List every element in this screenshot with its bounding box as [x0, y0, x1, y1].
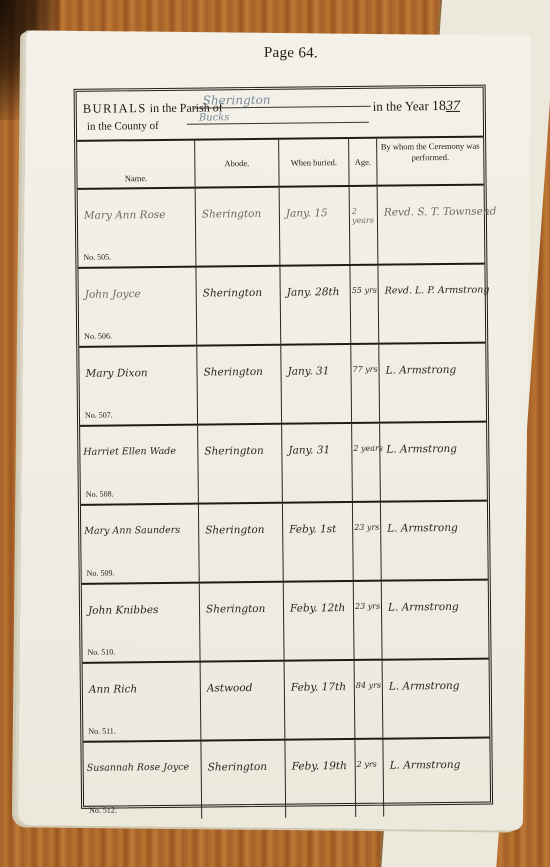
- entry-officiant: Revd. L. P. Armstrong: [385, 285, 490, 297]
- buried-cell: Feby. 12th: [284, 582, 355, 660]
- age-cell: 23 yrs: [354, 582, 383, 659]
- name-cell: John KnibbesNo. 510.: [82, 584, 201, 662]
- year-field: in the Year 1837: [373, 98, 460, 116]
- entry-buried: Feby. 12th: [290, 602, 345, 615]
- entry-abode: Astwood: [207, 682, 253, 694]
- officiant-cell: L. Armstrong: [383, 660, 490, 738]
- entry-buried: Feby. 19th: [292, 760, 347, 773]
- entry-buried: Jany. 31: [287, 365, 329, 377]
- entry-number: No. 511.: [88, 726, 116, 735]
- buried-cell: Jany. 31: [281, 345, 352, 423]
- table-row: Mary Ann RoseNo. 505. Sherington Jany. 1…: [78, 186, 485, 269]
- buried-cell: Feby. 1st: [283, 503, 354, 581]
- abode-cell: Sherington: [198, 425, 283, 503]
- buried-cell: Jany. 31: [282, 424, 353, 502]
- age-cell: 77 yrs: [351, 345, 380, 422]
- table-row: Ann RichNo. 511. Astwood Feby. 17th 84 y…: [83, 660, 490, 743]
- name-cell: Mary DixonNo. 507.: [79, 347, 198, 425]
- entry-buried: Feby. 1st: [289, 523, 336, 535]
- parish-value: Sherington: [193, 92, 371, 109]
- entry-officiant: L. Armstrong: [387, 522, 458, 535]
- age-cell: 23 yrs: [353, 503, 382, 580]
- column-age: Age.: [349, 139, 377, 185]
- name-cell: Harriet Ellen WadeNo. 508.: [80, 426, 199, 504]
- abode-cell: Sherington: [201, 741, 286, 819]
- name-cell: Mary Ann RoseNo. 505.: [78, 189, 197, 267]
- entry-name: Harriet Ellen Wade: [83, 446, 176, 458]
- entry-number: No. 507.: [85, 410, 113, 419]
- column-headers: Name. Abode. When buried. Age. By whom t…: [77, 138, 483, 190]
- name-cell: Ann RichNo. 511.: [83, 663, 202, 741]
- entry-officiant: Revd. S. T. Townsend: [384, 205, 497, 218]
- officiant-cell: L. Armstrong: [379, 344, 486, 422]
- entry-age: 23 yrs: [355, 602, 380, 611]
- county-value: Bucks: [187, 111, 369, 125]
- year-label: in the Year: [373, 98, 429, 114]
- table-row: Harriet Ellen WadeNo. 508. Sherington Ja…: [80, 423, 487, 506]
- entry-abode: Sherington: [202, 208, 261, 221]
- entry-name: Mary Ann Rose: [84, 209, 166, 222]
- entry-number: No. 510.: [87, 647, 115, 656]
- year-written: 37: [446, 99, 460, 114]
- column-officiant: By whom the Ceremony was performed.: [377, 138, 483, 185]
- entry-abode: Sherington: [206, 603, 265, 616]
- entry-age: 77 yrs: [352, 365, 377, 374]
- buried-cell: Feby. 19th: [285, 740, 356, 818]
- entry-name: John Joyce: [85, 288, 141, 301]
- age-cell: 55 yrs: [350, 266, 379, 343]
- entry-number: No. 508.: [86, 489, 114, 498]
- entry-name: Mary Ann Saunders: [84, 525, 180, 537]
- age-cell: 2 years: [352, 424, 381, 501]
- page-number: Page 64.: [264, 45, 318, 63]
- abode-cell: Astwood: [201, 662, 286, 740]
- entry-name: Susannah Rose Joyce: [87, 762, 190, 774]
- entry-number: No. 512.: [89, 805, 117, 814]
- table-row: Mary Ann SaundersNo. 509. Sherington Feb…: [81, 502, 488, 585]
- entry-buried: Feby. 17th: [291, 681, 346, 694]
- officiant-cell: L. Armstrong: [381, 502, 488, 580]
- burials-label: BURIALS: [83, 101, 147, 116]
- entry-name: Mary Dixon: [85, 367, 147, 380]
- entry-officiant: L. Armstrong: [389, 680, 460, 693]
- age-cell: 2 yrs: [355, 740, 384, 817]
- entry-abode: Sherington: [203, 366, 262, 379]
- name-cell: Mary Ann SaundersNo. 509.: [81, 505, 200, 583]
- entry-buried: Jany. 31: [288, 444, 330, 456]
- entry-officiant: L. Armstrong: [385, 364, 456, 377]
- entry-abode: Sherington: [208, 761, 267, 774]
- abode-cell: Sherington: [196, 188, 281, 266]
- column-when-buried: When buried.: [279, 139, 349, 186]
- officiant-cell: L. Armstrong: [383, 739, 490, 817]
- entry-age: 55 yrs: [352, 286, 377, 295]
- abode-cell: Sherington: [196, 267, 281, 345]
- entry-buried: Jany. 28th: [287, 286, 340, 299]
- table-row: John JoyceNo. 506. Sherington Jany. 28th…: [78, 265, 485, 348]
- county-label: in the County of: [87, 120, 159, 133]
- officiant-cell: Revd. L. P. Armstrong: [378, 265, 485, 343]
- name-cell: Susannah Rose JoyceNo. 512.: [83, 742, 202, 820]
- entry-age: 2 yrs: [357, 760, 377, 769]
- entry-abode: Sherington: [204, 445, 263, 458]
- entry-buried: Jany. 15: [286, 207, 328, 219]
- entry-age: 2 years: [352, 207, 376, 225]
- entry-name: John Knibbes: [88, 604, 159, 617]
- entry-number: No. 505.: [83, 252, 111, 261]
- age-cell: 84 yrs: [355, 661, 384, 738]
- buried-cell: Jany. 28th: [280, 266, 351, 344]
- officiant-cell: L. Armstrong: [380, 423, 487, 501]
- register-header: BURIALS in the Parish of Sherington in t…: [77, 88, 484, 142]
- entry-number: No. 509.: [87, 568, 115, 577]
- age-cell: 2 years: [350, 187, 379, 264]
- abode-cell: Sherington: [197, 346, 282, 424]
- entry-officiant: L. Armstrong: [390, 759, 461, 772]
- officiant-cell: L. Armstrong: [382, 581, 489, 659]
- abode-cell: Sherington: [200, 583, 285, 661]
- entry-name: Ann Rich: [89, 683, 137, 696]
- table-row: John KnibbesNo. 510. Sherington Feby. 12…: [82, 581, 489, 664]
- entry-abode: Sherington: [205, 524, 264, 537]
- entry-officiant: L. Armstrong: [386, 443, 457, 456]
- entry-abode: Sherington: [203, 287, 262, 300]
- entry-age: 2 years: [353, 444, 383, 453]
- name-cell: John JoyceNo. 506.: [78, 268, 197, 346]
- entry-age: 23 yrs: [354, 523, 379, 532]
- buried-cell: Feby. 17th: [285, 661, 356, 739]
- burial-register-table: BURIALS in the Parish of Sherington in t…: [74, 85, 494, 809]
- abode-cell: Sherington: [199, 504, 284, 582]
- year-printed: 18: [432, 99, 446, 114]
- table-row: Mary DixonNo. 507. Sherington Jany. 31 7…: [79, 344, 486, 427]
- column-abode: Abode.: [195, 140, 279, 187]
- entry-officiant: L. Armstrong: [388, 601, 459, 614]
- buried-cell: Jany. 15: [280, 187, 351, 265]
- table-row: Susannah Rose JoyceNo. 512. Sherington F…: [83, 739, 490, 820]
- entry-age: 84 yrs: [356, 681, 381, 690]
- register-page: Page 64. BURIALS in the Parish of Sherin…: [18, 30, 531, 830]
- entry-number: No. 506.: [84, 331, 112, 340]
- column-name: Name.: [77, 141, 195, 188]
- officiant-cell: Revd. S. T. Townsend: [378, 186, 485, 264]
